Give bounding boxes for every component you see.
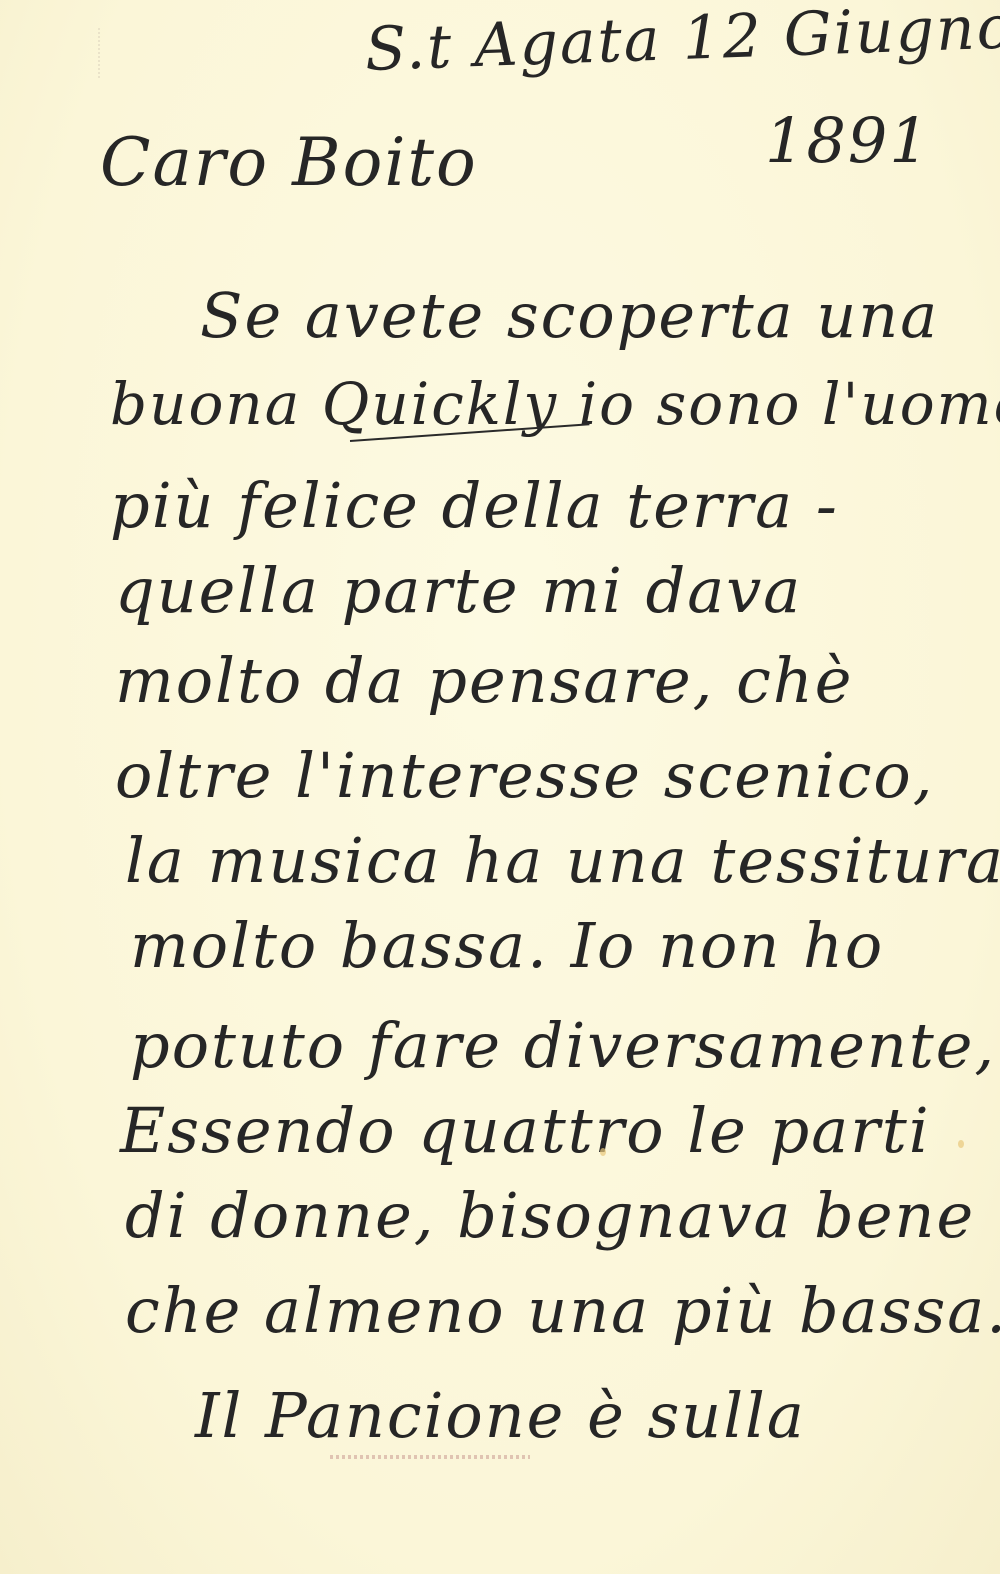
body-line-1: Se avete scoperta una — [200, 285, 939, 347]
letter-salutation: Caro Boito — [100, 130, 478, 196]
body-line-3: più felice della terra - — [110, 475, 839, 537]
paper-stain — [600, 1148, 606, 1156]
faint-pencil-mark — [98, 28, 100, 78]
body-line-12: che almeno una più bassa. — [125, 1280, 1000, 1342]
body-line-2: buona Quickly io sono l'uomo — [110, 375, 1000, 433]
body-line-7: la musica ha una tessitura — [125, 830, 1000, 892]
paper-stain — [958, 1140, 964, 1148]
body-line-13: Il Pancione è sulla — [195, 1385, 806, 1447]
body-line-8: molto bassa. Io non ho — [130, 915, 884, 977]
letter-year: 1891 — [765, 110, 931, 172]
body-line-10: Essendo quattro le parti — [120, 1100, 931, 1162]
body-line-11: di donne, bisognava bene — [125, 1185, 975, 1247]
red-pencil-underline — [330, 1455, 530, 1459]
body-line-5: molto da pensare, chè — [115, 650, 853, 712]
body-line-6: oltre l'interesse scenico, — [115, 745, 934, 807]
body-line-4: quella parte mi dava — [115, 560, 802, 622]
letter-place-date: S.t Agata 12 Giugno — [364, 0, 1000, 80]
letter-page: S.t Agata 12 Giugno 1891 Caro Boito Se a… — [0, 0, 1000, 1574]
body-line-9: potuto fare diversamente, — [130, 1015, 996, 1077]
